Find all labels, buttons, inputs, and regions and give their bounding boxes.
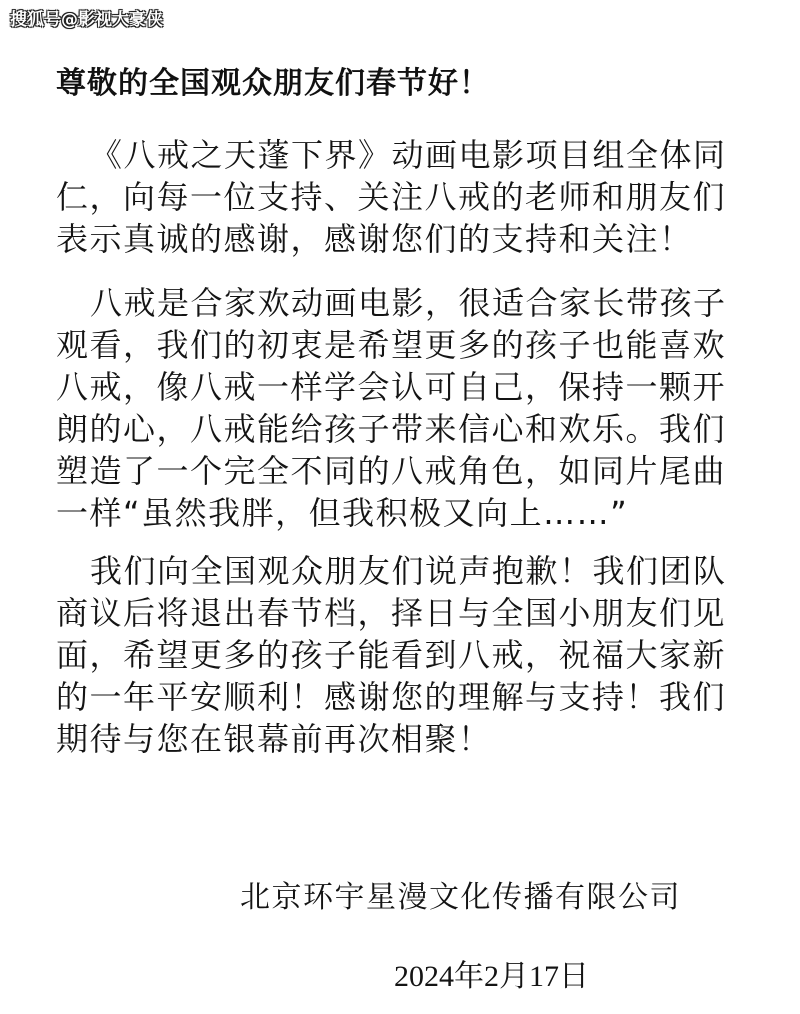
letter-greeting: 尊敬的全国观众朋友们春节好！ (56, 58, 490, 102)
paragraph-line: 一样“虽然我胖，但我积极又向上……” (56, 492, 756, 534)
sohu-watermark: 搜狐号@影视大豪侠 (10, 5, 163, 30)
letter-paragraph-2: 八戒是合家欢动画电影，很适合家长带孩子 观看，我们的初衷是希望更多的孩子也能喜欢… (56, 282, 756, 534)
paragraph-line: 《八戒之天蓬下界》动画电影项目组全体同 (56, 134, 756, 176)
letter-paragraph-3: 我们向全国观众朋友们说声抱歉！我们团队 商议后将退出春节档，择日与全国小朋友们见… (56, 550, 756, 760)
paragraph-line: 的一年平安顺利！感谢您的理解与支持！我们 (56, 676, 756, 718)
paragraph-line: 表示真诚的感谢，感谢您们的支持和关注！ (56, 218, 756, 260)
letter-paragraph-1: 《八戒之天蓬下界》动画电影项目组全体同 仁，向每一位支持、关注八戒的老师和朋友们… (56, 134, 756, 260)
paragraph-line: 塑造了一个完全不同的八戒角色，如同片尾曲 (56, 450, 756, 492)
paragraph-line: 期待与您在银幕前再次相聚！ (56, 718, 756, 760)
letter-signature: 北京环宇星漫文化传播有限公司 (240, 872, 681, 916)
paragraph-line: 仁，向每一位支持、关注八戒的老师和朋友们 (56, 176, 756, 218)
paragraph-line: 八戒是合家欢动画电影，很适合家长带孩子 (56, 282, 756, 324)
paragraph-line: 面，希望更多的孩子能看到八戒，祝福大家新 (56, 634, 756, 676)
paragraph-line: 我们向全国观众朋友们说声抱歉！我们团队 (56, 550, 756, 592)
paragraph-line: 朗的心，八戒能给孩子带来信心和欢乐。我们 (56, 408, 756, 450)
letter-date: 2024年2月17日 (394, 951, 589, 995)
paragraph-line: 观看，我们的初衷是希望更多的孩子也能喜欢 (56, 324, 756, 366)
paragraph-line: 商议后将退出春节档，择日与全国小朋友们见 (56, 592, 756, 634)
paragraph-line: 八戒，像八戒一样学会认可自己，保持一颗开 (56, 366, 756, 408)
